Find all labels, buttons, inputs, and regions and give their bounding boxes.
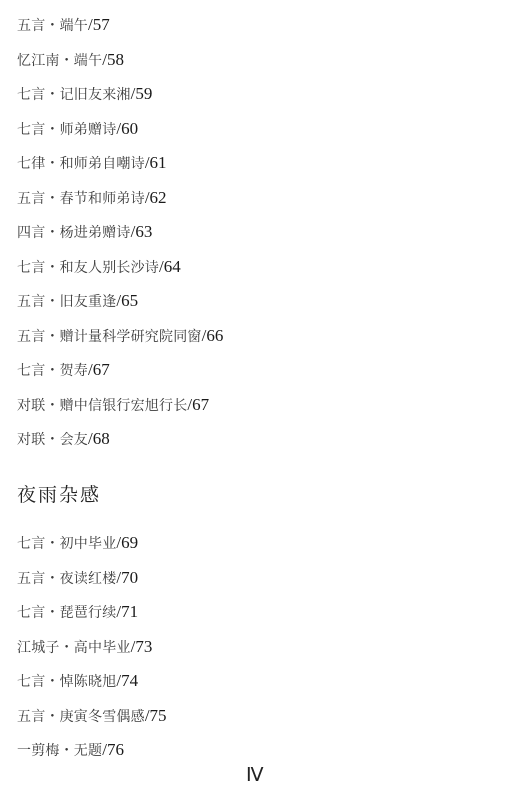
toc-entry-title: 七言・悼陈晓旭	[17, 674, 116, 690]
toc-entry-page: 74	[121, 671, 138, 690]
toc-entry-title: 四言・杨进弟赠诗	[17, 225, 131, 241]
toc-entry[interactable]: 七言・悼陈晓旭/74	[17, 670, 138, 692]
toc-entry[interactable]: 七言・贺寿/67	[17, 359, 110, 381]
toc-entry[interactable]: 五言・端午/57	[17, 14, 110, 36]
toc-entry-page: 68	[93, 429, 110, 448]
toc-entry[interactable]: 五言・旧友重逢/65	[17, 290, 138, 312]
toc-entry[interactable]: 一剪梅・无题/76	[17, 739, 124, 761]
toc-entry-page: 67	[93, 360, 110, 379]
toc-entry-page: 63	[135, 222, 152, 241]
toc-entry[interactable]: 七言・师弟赠诗/60	[17, 118, 138, 140]
toc-entry-page: 61	[150, 153, 167, 172]
toc-entry-title: 五言・夜读红楼	[17, 571, 116, 587]
section-heading: 夜雨杂感	[17, 480, 101, 507]
toc-entry-title: 七言・贺寿	[17, 363, 88, 379]
toc-entry[interactable]: 四言・杨进弟赠诗/63	[17, 221, 152, 243]
toc-entry[interactable]: 七言・记旧友来湘/59	[17, 83, 152, 105]
toc-entry-title: 七言・师弟赠诗	[17, 122, 116, 138]
toc-entry[interactable]: 对联・赠中信银行宏旭行长/67	[17, 394, 209, 416]
toc-entry[interactable]: 七言・和友人别长沙诗/64	[17, 256, 181, 278]
toc-entry-page: 64	[164, 257, 181, 276]
toc-entry-page: 62	[150, 188, 167, 207]
toc-entry[interactable]: 对联・会友/68	[17, 428, 110, 450]
toc-entry-page: 65	[121, 291, 138, 310]
toc-entry-page: 71	[121, 602, 138, 621]
toc-entry[interactable]: 五言・赠计量科学研究院同窗/66	[17, 325, 223, 347]
toc-entry-title: 五言・赠计量科学研究院同窗	[17, 329, 202, 345]
toc-entry-title: 五言・端午	[17, 18, 88, 34]
toc-entry-title: 一剪梅・无题	[17, 743, 102, 759]
toc-entry-page: 76	[107, 740, 124, 759]
toc-entry-title: 忆江南・端午	[17, 53, 102, 69]
toc-entry-title: 五言・庚寅冬雪偶感	[17, 709, 145, 725]
toc-entry[interactable]: 七言・琵琶行续/71	[17, 601, 138, 623]
toc-entry[interactable]: 五言・庚寅冬雪偶感/75	[17, 705, 167, 727]
toc-entry-page: 75	[150, 706, 167, 725]
toc-entry-page: 66	[206, 326, 223, 345]
toc-entry-page: 59	[135, 84, 152, 103]
toc-entry-page: 60	[121, 119, 138, 138]
toc-entry-title: 五言・旧友重逢	[17, 294, 116, 310]
toc-entry[interactable]: 五言・夜读红楼/70	[17, 567, 138, 589]
toc-entry-page: 73	[135, 637, 152, 656]
toc-entry-title: 七言・和友人别长沙诗	[17, 260, 159, 276]
page-number: Ⅳ	[246, 764, 264, 787]
toc-entry-page: 57	[93, 15, 110, 34]
toc-entry[interactable]: 江城子・高中毕业/73	[17, 636, 152, 658]
toc-entry-page: 69	[121, 533, 138, 552]
toc-entry-page: 70	[121, 568, 138, 587]
toc-entry-title: 对联・会友	[17, 432, 88, 448]
toc-entry-title: 五言・春节和师弟诗	[17, 191, 145, 207]
toc-entry-title: 江城子・高中毕业	[17, 640, 131, 656]
toc-entry-title: 七律・和师弟自嘲诗	[17, 156, 145, 172]
toc-entry-title: 七言・记旧友来湘	[17, 87, 131, 103]
toc-entry-title: 对联・赠中信银行宏旭行长	[17, 398, 187, 414]
toc-entry[interactable]: 七言・初中毕业/69	[17, 532, 138, 554]
toc-entry-title: 七言・初中毕业	[17, 536, 116, 552]
toc-entry[interactable]: 五言・春节和师弟诗/62	[17, 187, 167, 209]
toc-entry[interactable]: 七律・和师弟自嘲诗/61	[17, 152, 167, 174]
toc-entry[interactable]: 忆江南・端午/58	[17, 49, 124, 71]
toc-entry-page: 67	[192, 395, 209, 414]
toc-entry-title: 七言・琵琶行续	[17, 605, 116, 621]
toc-entry-page: 58	[107, 50, 124, 69]
